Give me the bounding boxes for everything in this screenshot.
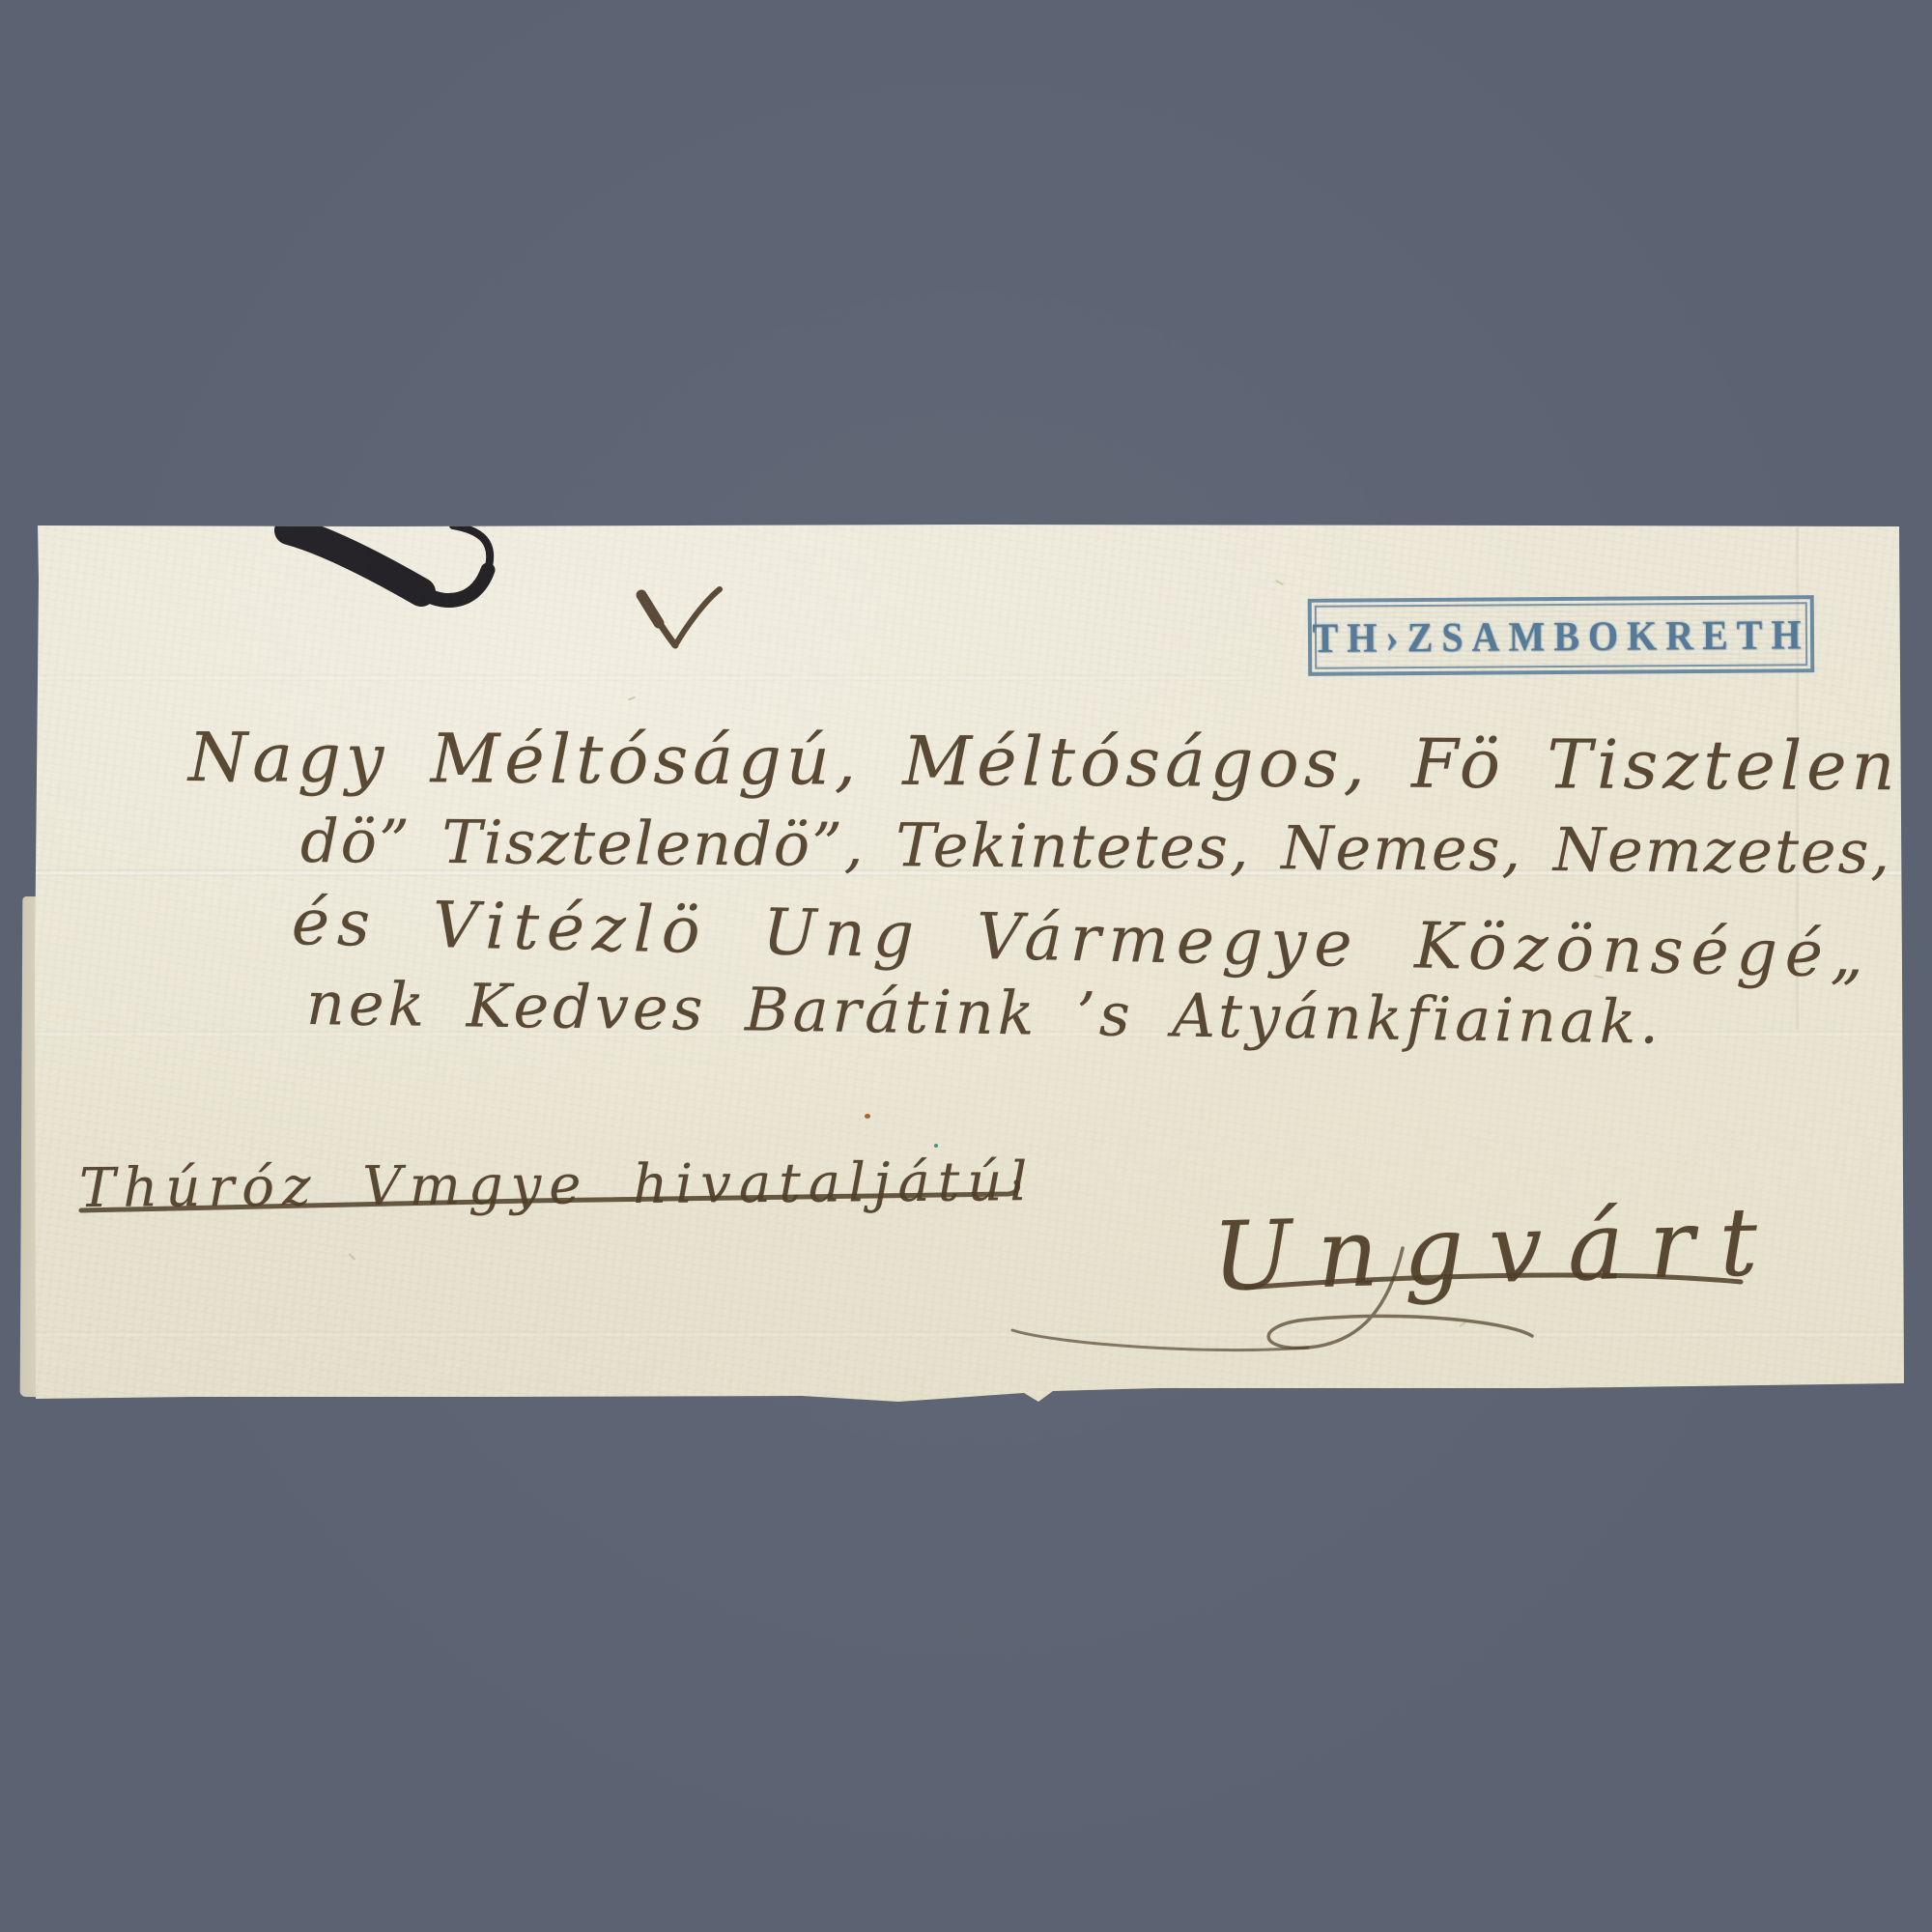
crease-line <box>29 1331 1908 1338</box>
address-line-1: Nagy Méltóságú, Méltóságos, Fö Tisztelen… <box>188 718 1932 806</box>
paper-speck <box>865 1114 870 1119</box>
folded-letter-cover: TH›ZSAMBOKRETH Nagy Méltóságú, Méltóságo… <box>29 522 1908 1403</box>
paper-speck <box>934 1144 938 1148</box>
crease-line <box>29 674 1250 681</box>
destination-text: Ungvárt <box>1210 1187 1783 1313</box>
address-line-2: dö” Tisztelendö”, Tekintetes, Nemes, Nem… <box>300 806 1892 887</box>
postmark-text: TH›ZSAMBOKRETH <box>1312 610 1809 662</box>
photo-background: TH›ZSAMBOKRETH Nagy Méltóságú, Méltóságo… <box>0 0 1932 1932</box>
paper-fiber <box>1275 580 1284 585</box>
postmark-frame: TH›ZSAMBOKRETH <box>1315 602 1807 669</box>
paper-fiber <box>1459 1321 1466 1327</box>
paper-fiber <box>628 696 636 701</box>
postmark-stamp: TH›ZSAMBOKRETH <box>1308 595 1815 676</box>
sender-line: Thúróz Vmgye hivataljátúl <box>79 1151 1036 1220</box>
paper-fiber <box>349 1253 356 1261</box>
